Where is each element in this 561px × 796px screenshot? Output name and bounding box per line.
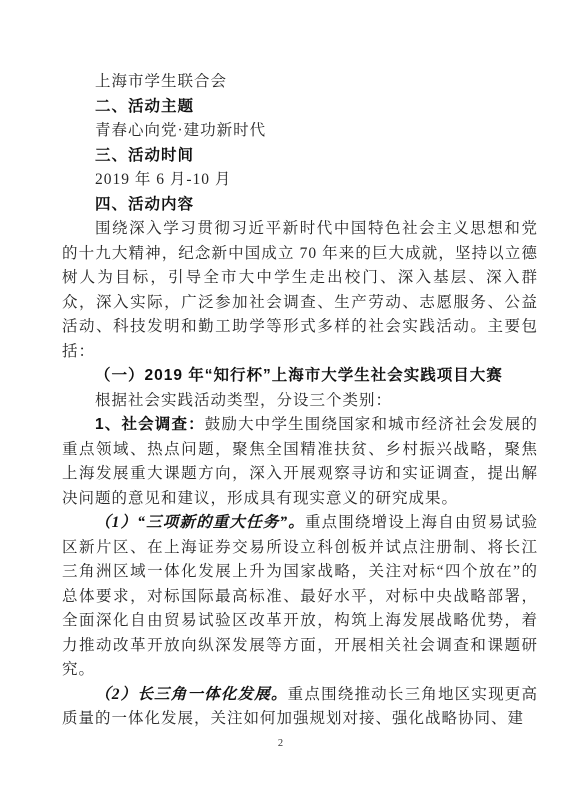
paragraph-text: 重点围绕增设上海自由贸易试验区新片区、在上海证券交易所设立科创板并试点注册制、将… xyxy=(62,514,538,678)
doc-paragraph: 围绕深入学习贯彻习近平新时代中国特色社会主义思想和党的十九大精神，纪念新中国成立… xyxy=(62,217,538,364)
document-body: 上海市学生联合会二、活动主题青春心向党·建功新时代三、活动时间2019 年 6 … xyxy=(62,70,538,732)
doc-paragraph: （1）“三项新的重大任务”。重点围绕增设上海自由贸易试验区新片区、在上海证券交易… xyxy=(62,511,538,683)
doc-paragraph: 根据社会实践活动类型，分设三个类别： xyxy=(62,389,538,414)
paragraph-lead: （2）长三角一体化发展。 xyxy=(95,686,288,703)
document-page: 上海市学生联合会二、活动主题青春心向党·建功新时代三、活动时间2019 年 6 … xyxy=(0,0,561,796)
doc-heading: （一）2019 年“知行杯”上海市大学生社会实践项目大赛 xyxy=(62,364,538,389)
doc-paragraph: 2019 年 6 月-10 月 xyxy=(62,168,538,193)
page-number: 2 xyxy=(0,738,561,749)
doc-heading: 三、活动时间 xyxy=(62,144,538,169)
paragraph-lead: 1、社会调查： xyxy=(95,416,205,433)
doc-paragraph: 1、社会调查：鼓励大中学生围绕国家和城市经济社会发展的重点领域、热点问题，聚焦全… xyxy=(62,413,538,511)
doc-heading: 二、活动主题 xyxy=(62,95,538,120)
doc-heading: 四、活动内容 xyxy=(62,193,538,218)
doc-paragraph: （2）长三角一体化发展。重点围绕推动长三角地区实现更高质量的一体化发展，关注如何… xyxy=(62,683,538,732)
paragraph-lead: （1）“三项新的重大任务”。 xyxy=(95,514,305,531)
doc-paragraph: 上海市学生联合会 xyxy=(62,70,538,95)
doc-paragraph: 青春心向党·建功新时代 xyxy=(62,119,538,144)
